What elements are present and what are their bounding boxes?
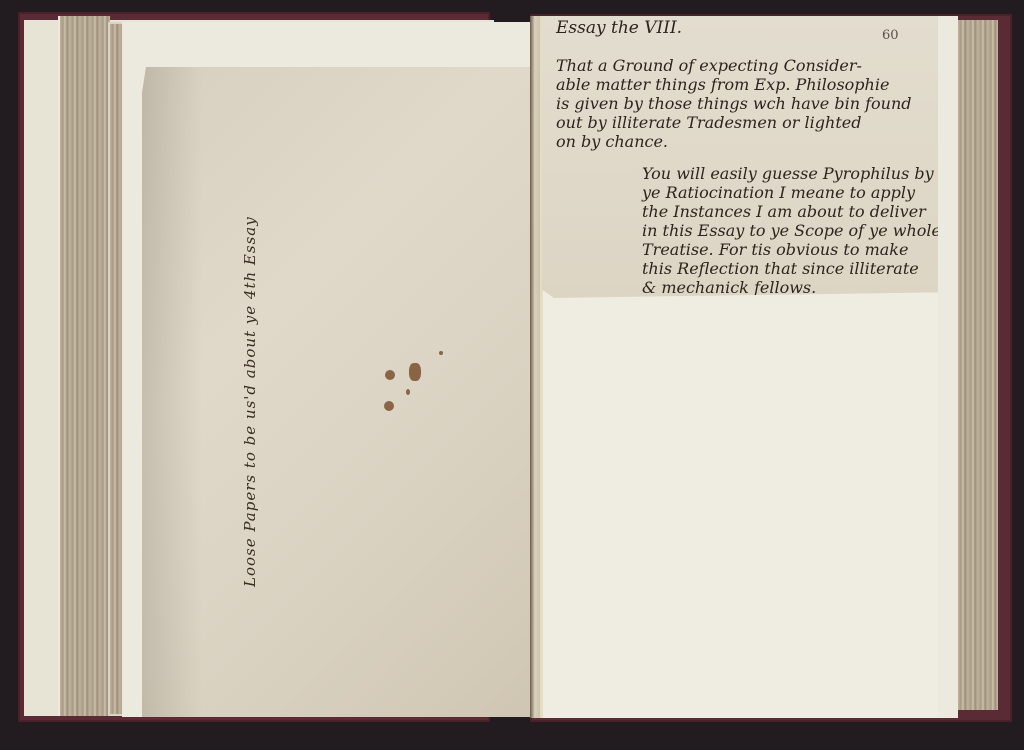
text-line: Treatise. For tis obvious to make xyxy=(642,240,959,259)
vertical-note-text: Loose Papers to be us'd about ye 4th Ess… xyxy=(241,147,259,587)
ink-stain xyxy=(385,370,395,380)
text-line: the Instances I am about to deliver xyxy=(642,202,959,221)
text-line: ye Ratiocination I meane to apply xyxy=(642,183,959,202)
text-line: on by chance. xyxy=(556,132,912,151)
page-edges-left xyxy=(58,16,110,716)
slip-heading: Essay the VIII. xyxy=(556,18,682,38)
text-line: That a Ground of expecting Consider- xyxy=(556,56,912,75)
loose-paper-sheet: Loose Papers to be us'd about ye 4th Ess… xyxy=(142,67,537,717)
ink-stain xyxy=(406,389,410,395)
text-line: out by illiterate Tradesmen or lighted xyxy=(556,113,912,132)
page-edges-right xyxy=(958,20,998,710)
paper-fold-shadow xyxy=(142,67,202,717)
page-edges-left-inner xyxy=(110,24,122,714)
ink-stain xyxy=(384,401,394,411)
vertical-handwritten-note: Loose Papers to be us'd about ye 4th Ess… xyxy=(237,147,267,587)
text-line: You will easily guesse Pyrophilus by xyxy=(642,164,959,183)
text-line: is given by those things wch have bin fo… xyxy=(556,94,912,113)
slip-paragraph-1: That a Ground of expecting Consider- abl… xyxy=(556,56,912,151)
text-line: in this Essay to ye Scope of ye whole = xyxy=(642,221,959,240)
ink-stain xyxy=(439,351,443,355)
manuscript-note-slip: Essay the VIII. 60 That a Ground of expe… xyxy=(542,16,938,298)
ink-stain xyxy=(409,363,421,381)
folio-number: 60 xyxy=(882,26,899,46)
text-line: able matter things from Exp. Philosophie xyxy=(556,75,912,94)
leaf-edge-right xyxy=(938,16,958,718)
slip-paragraph-2: You will easily guesse Pyrophilus by ye … xyxy=(642,164,959,297)
text-line: this Reflection that since illiterate xyxy=(642,259,959,278)
